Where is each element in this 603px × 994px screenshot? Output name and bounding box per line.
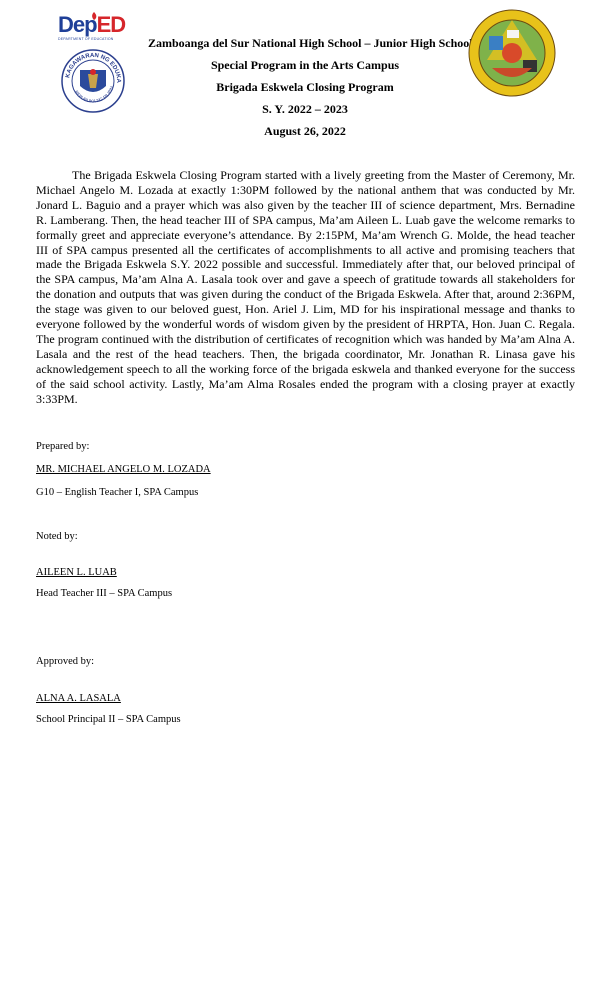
noted-by-name: AILEEN L. LUAB: [36, 566, 172, 579]
report-paragraph: The Brigada Eskwela Closing Program star…: [36, 168, 575, 407]
prepared-by-label: Prepared by:: [36, 440, 211, 453]
approved-by-block: Approved by: ALNA A. LASALA School Princ…: [36, 655, 181, 726]
campus-name: Special Program in the Arts Campus: [140, 58, 470, 80]
noted-by-position: Head Teacher III – SPA Campus: [36, 587, 172, 600]
program-title: Brigada Eskwela Closing Program: [140, 80, 470, 102]
deped-text-ed: ED: [97, 12, 126, 37]
deped-text-dep: Dep: [58, 12, 97, 37]
document-header: Zamboanga del Sur National High School –…: [140, 36, 470, 146]
approved-by-label: Approved by:: [36, 655, 181, 668]
kagawaran-seal-icon: KAGAWARAN NG EDUKASYON REPUBLIKA NG PILI…: [60, 48, 126, 119]
school-seal-icon: [467, 8, 557, 103]
prepared-by-name: MR. MICHAEL ANGELO M. LOZADA: [36, 463, 211, 476]
prepared-by-position: G10 – English Teacher I, SPA Campus: [36, 486, 211, 499]
noted-by-block: Noted by: AILEEN L. LUAB Head Teacher II…: [36, 530, 172, 600]
deped-wordmark: DepED DEPARTMENT OF EDUCATION: [52, 10, 136, 44]
deped-subtitle: DEPARTMENT OF EDUCATION: [58, 37, 130, 41]
approved-by-position: School Principal II – SPA Campus: [36, 713, 181, 726]
program-date: August 26, 2022: [140, 124, 470, 146]
approved-by-name: ALNA A. LASALA: [36, 692, 181, 705]
noted-by-label: Noted by:: [36, 530, 172, 543]
school-year: S. Y. 2022 – 2023: [140, 102, 470, 124]
prepared-by-block: Prepared by: MR. MICHAEL ANGELO M. LOZAD…: [36, 440, 211, 499]
school-name: Zamboanga del Sur National High School –…: [148, 36, 470, 58]
